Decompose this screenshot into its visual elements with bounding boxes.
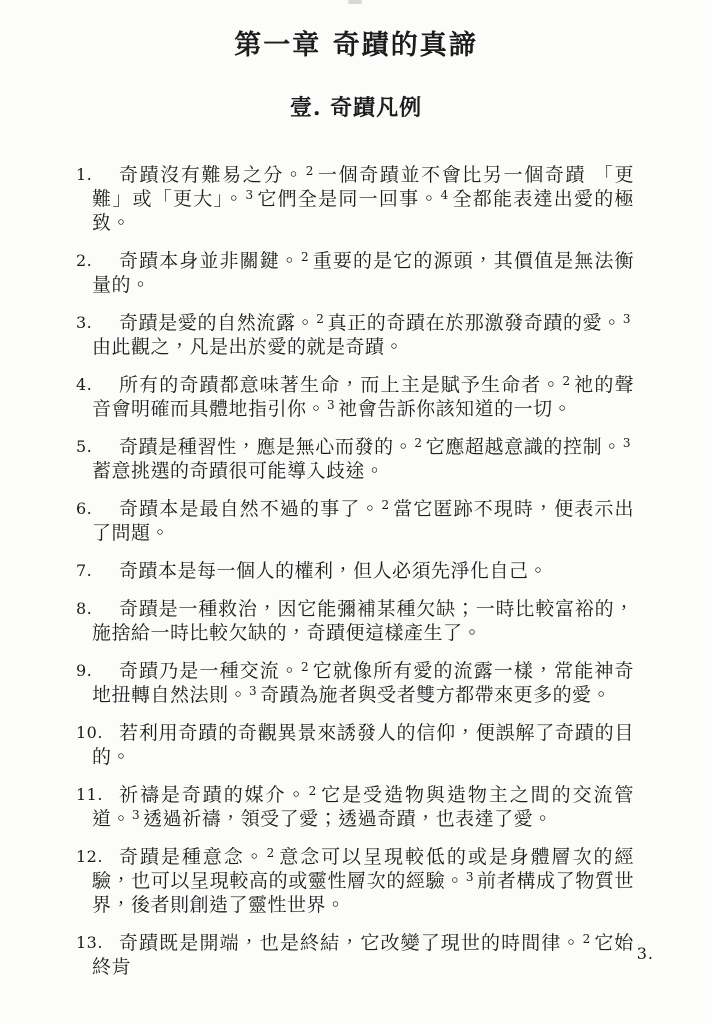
item-text: 奇蹟是種習性，應是無心而發的。2它應超越意識的控制。3蓄意挑選的奇蹟很可能導入歧… xyxy=(92,435,634,483)
item-text: 奇蹟本身並非關鍵。2重要的是它的源頭，其價值是無法衡量的。 xyxy=(92,249,634,297)
scan-artifact xyxy=(348,0,362,4)
sentence-number: 2 xyxy=(301,660,309,674)
sentence-number: 2 xyxy=(414,436,422,450)
section-heading: 壹. 奇蹟凡例 xyxy=(0,95,712,121)
item-text: 奇蹟沒有難易之分。2一個奇蹟並不會比另一個奇蹟 「更難」或「更大」。3它們全是同… xyxy=(92,163,634,235)
list-item: 13.奇蹟既是開端，也是終結，它改變了現世的時間律。2它始終肯 xyxy=(92,931,634,979)
sentence-number: 3 xyxy=(623,436,631,450)
list-item: 1.奇蹟沒有難易之分。2一個奇蹟並不會比另一個奇蹟 「更難」或「更大」。3它們全… xyxy=(92,163,634,235)
page-number: 3. xyxy=(637,944,654,963)
item-text: 奇蹟是一種救治，因它能彌補某種欠缺；一時比較富裕的，施捨給一時比較欠缺的，奇蹟便… xyxy=(92,597,634,645)
item-number: 12. xyxy=(76,847,103,867)
sentence-number: 2 xyxy=(309,784,317,798)
list-item: 3.奇蹟是愛的自然流露。2真正的奇蹟在於那激發奇蹟的愛。3由此觀之，凡是出於愛的… xyxy=(92,311,634,359)
item-number: 7. xyxy=(76,561,92,581)
item-number: 8. xyxy=(76,599,92,619)
list-item: 8.奇蹟是一種救治，因它能彌補某種欠缺；一時比較富裕的，施捨給一時比較欠缺的，奇… xyxy=(92,597,634,645)
list-item: 10.若利用奇蹟的奇觀異景來誘發人的信仰，便誤解了奇蹟的目的。 xyxy=(92,721,634,769)
sentence-number: 2 xyxy=(306,164,314,178)
item-text: 奇蹟是種意念。2意念可以呈現較低的或是身體層次的經驗，也可以呈現較高的或靈性層次… xyxy=(92,845,634,917)
list-item: 2.奇蹟本身並非關鍵。2重要的是它的源頭，其價值是無法衡量的。 xyxy=(92,249,634,297)
sentence-number: 2 xyxy=(381,498,389,512)
sentence-number: 3 xyxy=(249,684,257,698)
item-number: 4. xyxy=(76,375,92,395)
item-text: 所有的奇蹟都意味著生命，而上主是賦予生命者。2祂的聲音會明確而具體地指引你。3祂… xyxy=(92,373,634,421)
item-number: 10. xyxy=(76,723,103,743)
item-number: 3. xyxy=(76,313,92,333)
item-number: 9. xyxy=(76,661,92,681)
sentence-number: 3 xyxy=(245,188,253,202)
sentence-number: 2 xyxy=(316,312,324,326)
item-text: 奇蹟乃是一種交流。2它就像所有愛的流露一樣，常能神奇地扭轉自然法則。3奇蹟為施者… xyxy=(92,659,634,707)
item-text: 奇蹟既是開端，也是終結，它改變了現世的時間律。2它始終肯 xyxy=(92,931,634,979)
list-item: 11.祈禱是奇蹟的媒介。2它是受造物與造物主之間的交流管道。3透過祈禱，領受了愛… xyxy=(92,783,634,831)
item-number: 1. xyxy=(76,165,92,185)
list-item: 4.所有的奇蹟都意味著生命，而上主是賦予生命者。2祂的聲音會明確而具體地指引你。… xyxy=(92,373,634,421)
item-number: 5. xyxy=(76,437,92,457)
list-item: 6.奇蹟本是最自然不過的事了。2當它匿跡不現時，便表示出了問題。 xyxy=(92,497,634,545)
item-number: 11. xyxy=(76,785,103,805)
list-item: 7.奇蹟本是每一個人的權利，但人必須先淨化自己。 xyxy=(92,559,634,583)
item-number: 13. xyxy=(76,933,103,953)
item-number: 6. xyxy=(76,499,92,519)
sentence-number: 3 xyxy=(327,398,335,412)
item-text: 若利用奇蹟的奇觀異景來誘發人的信仰，便誤解了奇蹟的目的。 xyxy=(92,721,634,769)
list-item: 12.奇蹟是種意念。2意念可以呈現較低的或是身體層次的經驗，也可以呈現較高的或靈… xyxy=(92,845,634,917)
chapter-title: 第一章 奇蹟的真諦 xyxy=(0,0,712,62)
principles-list: 1.奇蹟沒有難易之分。2一個奇蹟並不會比另一個奇蹟 「更難」或「更大」。3它們全… xyxy=(92,163,634,979)
sentence-number: 3 xyxy=(623,312,631,326)
sentence-number: 2 xyxy=(301,250,309,264)
list-item: 5.奇蹟是種習性，應是無心而發的。2它應超越意識的控制。3蓄意挑選的奇蹟很可能導… xyxy=(92,435,634,483)
sentence-number: 4 xyxy=(441,188,449,202)
list-item: 9.奇蹟乃是一種交流。2它就像所有愛的流露一樣，常能神奇地扭轉自然法則。3奇蹟為… xyxy=(92,659,634,707)
item-text: 奇蹟本是每一個人的權利，但人必須先淨化自己。 xyxy=(92,559,634,583)
item-text: 奇蹟是愛的自然流露。2真正的奇蹟在於那激發奇蹟的愛。3由此觀之，凡是出於愛的就是… xyxy=(92,311,634,359)
sentence-number: 2 xyxy=(267,846,275,860)
item-number: 2. xyxy=(76,251,92,271)
sentence-number: 3 xyxy=(466,870,474,884)
item-text: 祈禱是奇蹟的媒介。2它是受造物與造物主之間的交流管道。3透過祈禱，領受了愛；透過… xyxy=(92,783,634,831)
document-page: 第一章 奇蹟的真諦 壹. 奇蹟凡例 1.奇蹟沒有難易之分。2一個奇蹟並不會比另一… xyxy=(0,0,712,1024)
sentence-number: 3 xyxy=(132,808,140,822)
item-text: 奇蹟本是最自然不過的事了。2當它匿跡不現時，便表示出了問題。 xyxy=(92,497,634,545)
sentence-number: 2 xyxy=(583,932,591,946)
sentence-number: 2 xyxy=(563,374,571,388)
